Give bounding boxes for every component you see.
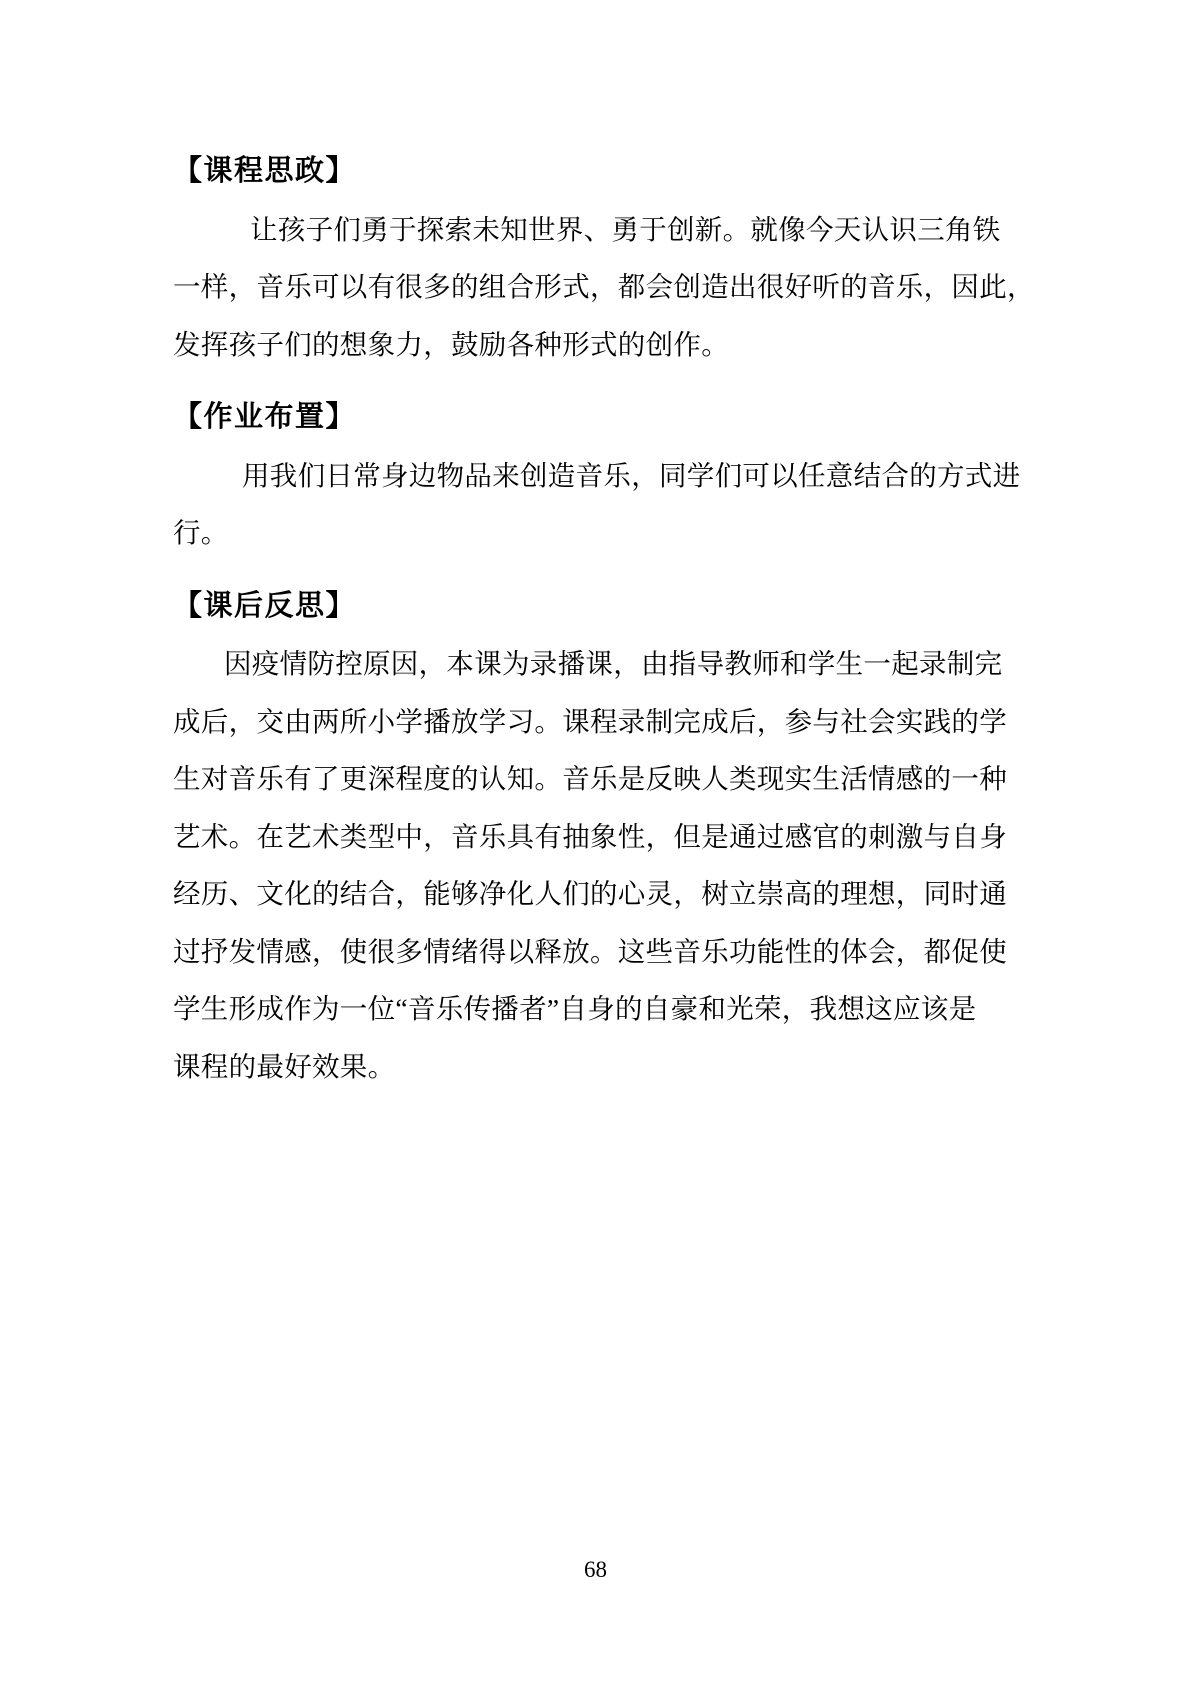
text-line: 课程的最好效果。 — [173, 1038, 1023, 1096]
page-number: 68 — [0, 1556, 1191, 1584]
text-line: 行。 — [173, 504, 1023, 562]
text-line: 让孩子们勇于探索未知世界、勇于创新。就像今天认识三角铁 — [173, 201, 1023, 259]
text-line: 一样，音乐可以有很多的组合形式，都会创造出很好听的音乐，因此， — [173, 258, 1023, 316]
section-course-ideology: 【课程思政】 让孩子们勇于探索未知世界、勇于创新。就像今天认识三角铁 一样，音乐… — [173, 143, 1023, 373]
text-line: 经历、文化的结合，能够净化人们的心灵，树立崇高的理想，同时通 — [173, 865, 1023, 923]
section-class-reflection: 【课后反思】 因疫情防控原因，本课为录播课，由指导教师和学生一起录制完 成后，交… — [173, 578, 1023, 1096]
text-line: 用我们日常身边物品来创造音乐，同学们可以任意结合的方式进 — [173, 447, 1023, 505]
section-homework-assignment: 【作业布置】 用我们日常身边物品来创造音乐，同学们可以任意结合的方式进 行。 — [173, 389, 1023, 562]
text-line: 因疫情防控原因，本课为录播课，由指导教师和学生一起录制完 — [173, 635, 1023, 693]
document-page: 【课程思政】 让孩子们勇于探索未知世界、勇于创新。就像今天认识三角铁 一样，音乐… — [0, 0, 1191, 1684]
text-line: 艺术。在艺术类型中，音乐具有抽象性，但是通过感官的刺激与自身 — [173, 808, 1023, 866]
text-line: 成后，交由两所小学播放学习。课程录制完成后，参与社会实践的学 — [173, 693, 1023, 751]
text-line: 过抒发情感，使很多情绪得以释放。这些音乐功能性的体会，都促使 — [173, 923, 1023, 981]
heading-class-reflection: 【课后反思】 — [173, 578, 1023, 636]
heading-homework-assignment: 【作业布置】 — [173, 389, 1023, 447]
text-line: 发挥孩子们的想象力，鼓励各种形式的创作。 — [173, 316, 1023, 374]
text-line: 学生形成作为一位“音乐传播者”自身的自豪和光荣，我想这应该是 — [173, 980, 1023, 1038]
text-line: 生对音乐有了更深程度的认知。音乐是反映人类现实生活情感的一种 — [173, 750, 1023, 808]
heading-course-ideology: 【课程思政】 — [173, 143, 1023, 201]
document-content: 【课程思政】 让孩子们勇于探索未知世界、勇于创新。就像今天认识三角铁 一样，音乐… — [173, 143, 1023, 1095]
